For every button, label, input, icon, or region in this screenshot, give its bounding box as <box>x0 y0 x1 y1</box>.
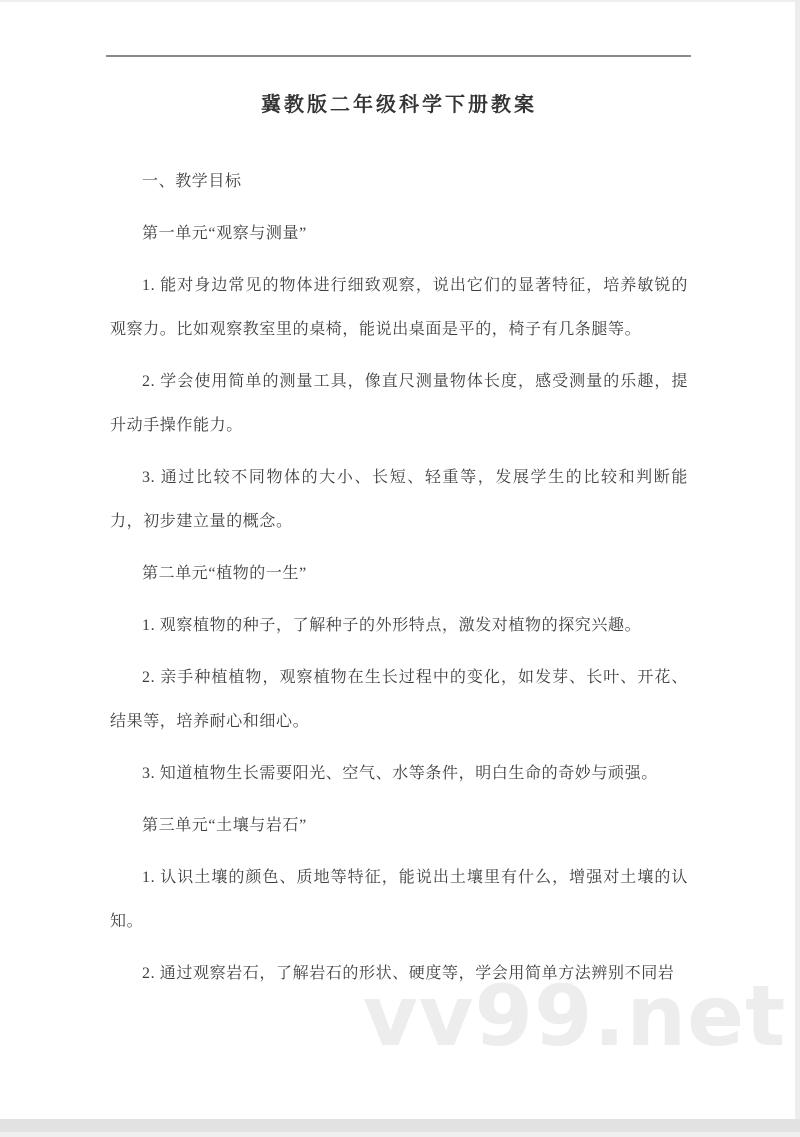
unit-heading-1: 第一单元“观察与测量” <box>110 212 688 256</box>
paragraph-unit2-item3: 3. 知道植物生长需要阳光、空气、水等条件，明白生命的奇妙与顽强。 <box>110 752 688 796</box>
document-page: 冀教版二年级科学下册教案 一、教学目标 第一单元“观察与测量” 1. 能对身边常… <box>0 0 800 1137</box>
paragraph-unit2-item1: 1. 观察植物的种子，了解种子的外形特点，激发对植物的探究兴趣。 <box>110 604 688 648</box>
document-title: 冀教版二年级科学下册教案 <box>110 90 688 120</box>
paragraph-unit2-item2: 2. 亲手种植植物，观察植物在生长过程中的变化，如发芽、长叶、开花、结果等，培养… <box>110 656 688 744</box>
document-content: 冀教版二年级科学下册教案 一、教学目标 第一单元“观察与测量” 1. 能对身边常… <box>110 0 688 1004</box>
page-bottom-edge <box>0 1119 800 1137</box>
paragraph-unit1-item2: 2. 学会使用简单的测量工具，像直尺测量物体长度，感受测量的乐趣，提升动手操作能… <box>110 360 688 448</box>
unit-heading-3: 第三单元“土壤与岩石” <box>110 804 688 848</box>
paragraph-unit1-item1: 1. 能对身边常见的物体进行细致观察，说出它们的显著特征，培养敏锐的观察力。比如… <box>110 264 688 352</box>
page-right-edge <box>795 0 800 1119</box>
watermark: vv99.net <box>363 970 786 1062</box>
paragraph-unit3-item1: 1. 认识土壤的颜色、质地等特征，能说出土壤里有什么，增强对土壤的认知。 <box>110 856 688 944</box>
unit-heading-2: 第二单元“植物的一生” <box>110 552 688 596</box>
paragraph-unit1-item3: 3. 通过比较不同物体的大小、长短、轻重等，发展学生的比较和判断能力，初步建立量… <box>110 456 688 544</box>
section-heading-teaching-goals: 一、教学目标 <box>110 160 688 204</box>
